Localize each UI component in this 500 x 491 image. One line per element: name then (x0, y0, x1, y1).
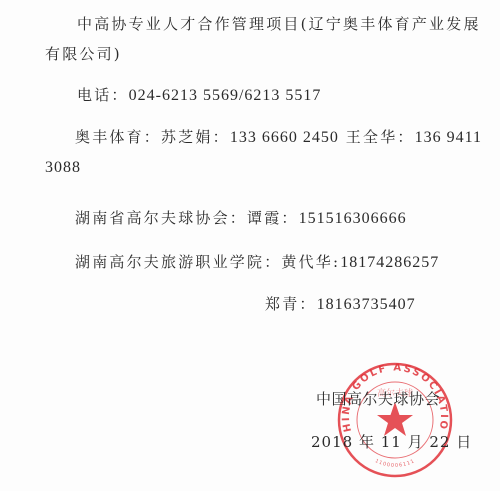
phone-label: 电话： (77, 86, 129, 104)
phone-value: 024-6213 5569/6213 5517 (129, 87, 322, 104)
zheng-qing-line: 郑青：18163735407 (265, 295, 416, 314)
contact1-name: 苏芝娟： (161, 128, 230, 146)
contact2-phone-part1: 136 9411 (415, 129, 482, 146)
phone-line: 电话：024-6213 5569/6213 5517 (77, 86, 321, 105)
official-seal-icon: CHINA GOLF ASSOCIATION 1100006111 高尔夫球 (335, 360, 455, 480)
contact2-name: 王全华： (346, 128, 415, 146)
zheng-qing-name: 郑青： (265, 295, 317, 313)
project-title-line2: 有限公司) (45, 45, 122, 63)
zheng-qing-phone: 18163735407 (317, 296, 416, 313)
hunan-association-contact: 谭霞： (247, 209, 299, 227)
signing-organization: 中国高尔夫球协会 (316, 388, 440, 409)
svg-text:1100006111: 1100006111 (374, 458, 416, 469)
hunan-college-contact: 黄代华: (281, 253, 340, 271)
hunan-college-line: 湖南高尔夫旅游职业学院：黄代华:18174286257 (75, 253, 439, 272)
hunan-association-org: 湖南省高尔夫球协会： (75, 209, 247, 227)
signing-date: 2018 年 11 月 22 日 (311, 431, 472, 452)
aofeng-line: 奥丰体育：苏芝娟：133 6660 2450 王全华：136 9411 (75, 128, 482, 147)
contact1-phone: 133 6660 2450 (230, 129, 339, 146)
aofeng-line2: 3088 (45, 159, 81, 177)
project-title-line1: 中高协专业人才合作管理项目(辽宁奥丰体育产业发展 (77, 15, 481, 33)
hunan-college-org: 湖南高尔夫旅游职业学院： (75, 253, 281, 271)
hunan-association-phone: 151516306666 (299, 210, 407, 227)
aofeng-org: 奥丰体育： (75, 128, 161, 146)
hunan-college-phone: 18174286257 (340, 254, 439, 271)
hunan-association-line: 湖南省高尔夫球协会：谭霞：151516306666 (75, 209, 407, 228)
